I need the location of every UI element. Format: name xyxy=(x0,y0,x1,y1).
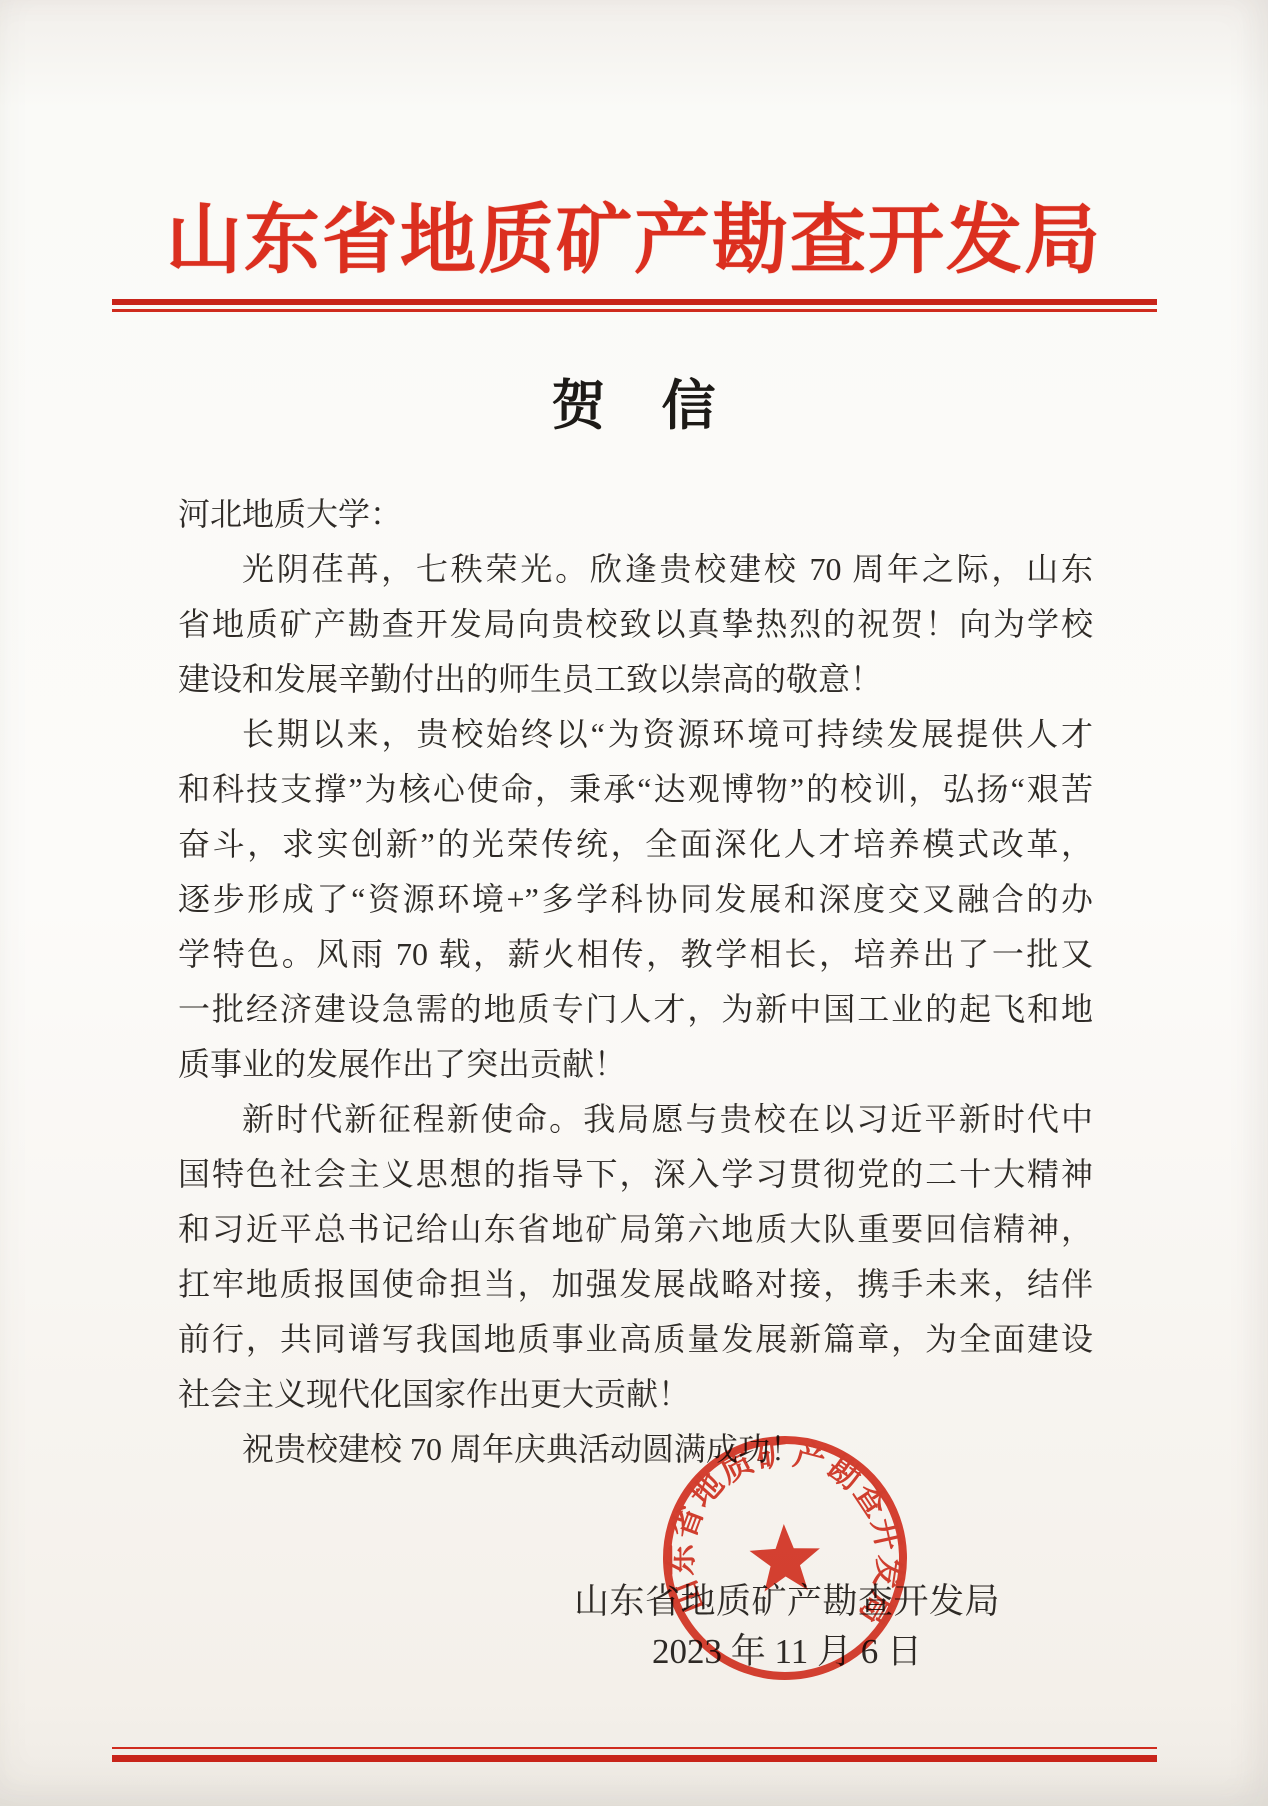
letterhead-org-name: 山东省地质矿产勘查开发局 xyxy=(0,196,1268,286)
body-line: 光阴荏苒，七秩荣光。欣逢贵校建校 70 周年之际，山东 xyxy=(178,542,1093,597)
divider-thick-line xyxy=(112,1755,1157,1762)
body-line: 扛牢地质报国使命担当，加强发展战略对接，携手未来，结伴 xyxy=(178,1257,1093,1312)
letter-page: 山东省地质矿产勘查开发局 贺 信 河北地质大学： 光阴荏苒，七秩荣光。欣逢贵校建… xyxy=(0,0,1268,1806)
footer-divider xyxy=(112,1747,1157,1762)
salutation: 河北地质大学： xyxy=(178,487,1093,542)
body-line: 质事业的发展作出了突出贡献！ xyxy=(178,1037,1093,1092)
body-line: 逐步形成了“资源环境+”多学科协同发展和深度交叉融合的办 xyxy=(178,872,1093,927)
official-seal-graphic: 山东省地质矿产勘查开发局 xyxy=(655,1428,916,1689)
body-line: 一批经济建设急需的地质专门人才，为新中国工业的起飞和地 xyxy=(178,982,1093,1037)
letterhead-divider xyxy=(112,299,1157,312)
body-line: 和科技支撑”为核心使命，秉承“达观博物”的校训，弘扬“艰苦 xyxy=(178,762,1093,817)
body-line: 新时代新征程新使命。我局愿与贵校在以习近平新时代中 xyxy=(178,1092,1093,1147)
divider-thin-line xyxy=(112,309,1157,312)
body-line: 国特色社会主义思想的指导下，深入学习贯彻党的二十大精神 xyxy=(178,1147,1093,1202)
seal-star-icon xyxy=(749,1523,822,1592)
body-line: 长期以来，贵校始终以“为资源环境可持续发展提供人才 xyxy=(178,707,1093,762)
letter-title: 贺 信 xyxy=(0,376,1268,436)
letter-body: 河北地质大学： 光阴荏苒，七秩荣光。欣逢贵校建校 70 周年之际，山东 省地质矿… xyxy=(178,487,1093,1477)
body-line: 学特色。风雨 70 载，薪火相传，教学相长，培养出了一批又 xyxy=(178,927,1093,982)
body-line: 省地质矿产勘查开发局向贵校致以真挚热烈的祝贺！向为学校 xyxy=(178,597,1093,652)
body-line: 和习近平总书记给山东省地矿局第六地质大队重要回信精神， xyxy=(178,1202,1093,1257)
body-line: 建设和发展辛勤付出的师生员工致以崇高的敬意！ xyxy=(178,652,1093,707)
body-line: 奋斗，求实创新”的光荣传统，全面深化人才培养模式改革， xyxy=(178,817,1093,872)
body-line: 祝贵校建校 70 周年庆典活动圆满成功！ xyxy=(178,1422,1093,1477)
body-line: 社会主义现代化国家作出更大贡献！ xyxy=(178,1367,1093,1422)
body-line: 前行，共同谱写我国地质事业高质量发展新篇章，为全面建设 xyxy=(178,1312,1093,1367)
official-seal: 山东省地质矿产勘查开发局 xyxy=(655,1428,916,1689)
